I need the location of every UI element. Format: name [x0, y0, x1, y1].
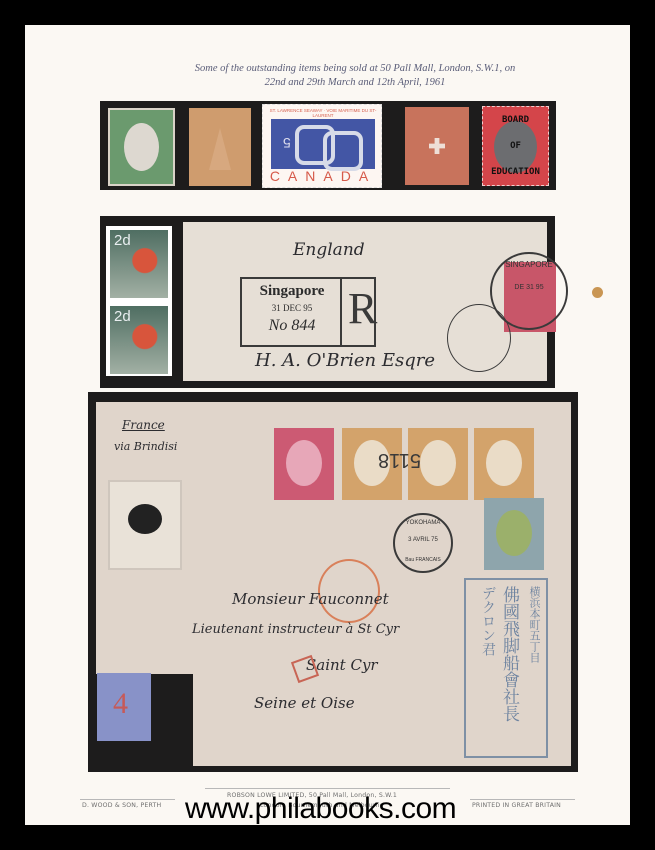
embossed-oval	[124, 123, 159, 171]
stamp-value: 2d	[114, 308, 131, 325]
yokohama-postmark: YOKOHAMA 3 AVRIL 75 Bau FRANCAIS	[393, 513, 453, 573]
page-caption: Some of the outstanding items being sold…	[105, 62, 605, 90]
french-pink-stamp	[274, 428, 334, 500]
flower-stamp: 2d	[110, 306, 168, 374]
registration-date: 31 DEC 95	[244, 303, 340, 313]
perfin-cancel: 5118	[378, 448, 421, 471]
address-line-1: Monsieur Fauconnet	[232, 590, 389, 608]
overprint-line-1: BOARD	[483, 115, 548, 125]
orange-seated-figure-stamp	[189, 108, 251, 186]
destination-england: England	[293, 240, 365, 260]
registration-city: Singapore	[244, 283, 340, 300]
top-stamp-strip: ST. LAWRENCE SEAWAY · VOIE MARITIME DU S…	[100, 101, 556, 190]
addressee-name: H. A. O'Brien Esqre	[255, 350, 435, 371]
maple-leaf-emblem-icon	[323, 131, 363, 171]
singapore-cover-frame: 2d 2d England Singapore 31 DEC 95 No 844…	[100, 216, 555, 388]
registration-number: No 844	[244, 317, 340, 335]
yokohama-date: 3 AVRIL 75	[395, 537, 451, 543]
registration-r-mark: R	[348, 283, 377, 334]
japanese-dragon-stamp	[108, 480, 182, 570]
footer-rule-left	[80, 799, 175, 800]
footer-rule-center	[205, 788, 450, 789]
swiss-cross-stamp	[405, 107, 469, 185]
address-line-2: Lieutenant instructeur à St Cyr	[192, 622, 399, 637]
swiss-cross-icon	[429, 138, 445, 154]
japanese-address-box: 横浜本町五丁目 佛國飛脚船會社長 デクロン君	[464, 578, 548, 758]
canada-seaway-stamp: ST. LAWRENCE SEAWAY · VOIE MARITIME DU S…	[262, 104, 382, 188]
green-embossed-stamp	[108, 108, 175, 186]
printed-in-credit: PRINTED IN GREAT BRITAIN	[472, 802, 561, 809]
caption-line-2: 22nd and 29th March and 12th April, 1961	[105, 76, 605, 90]
stamp-value: 2d	[114, 232, 131, 249]
ceres-portrait	[420, 440, 456, 486]
ceres-portrait	[496, 510, 532, 556]
french-cover-frame: France via Brindisi 5118 YOKOHAMA 3 AVRI…	[88, 392, 578, 772]
yokohama-footer: Bau FRANCAIS	[395, 557, 451, 563]
note-via-brindisi: via Brindisi	[114, 440, 177, 453]
japanese-line-1: 横浜本町五丁目	[526, 586, 542, 663]
flower-stamp-pair: 2d 2d	[106, 226, 172, 376]
french-bistre-stamp	[474, 428, 534, 500]
cancel-blot	[128, 504, 162, 534]
postmark-date: DE 31 95	[492, 284, 566, 291]
footer-rule-right	[470, 799, 575, 800]
address-line-4: Seine et Oise	[254, 694, 355, 712]
board-of-education-stamp: BOARD OF EDUCATION	[482, 106, 549, 186]
yokohama-city: YOKOHAMA	[395, 520, 451, 526]
ceres-portrait	[486, 440, 522, 486]
stamp-numeral: 4	[113, 687, 128, 721]
website-watermark: www.philabooks.com	[185, 793, 456, 825]
french-cover: France via Brindisi 5118 YOKOHAMA 3 AVRI…	[96, 402, 571, 766]
caption-line-1: Some of the outstanding items being sold…	[105, 62, 605, 76]
registration-label: Singapore 31 DEC 95 No 844 R	[240, 277, 376, 347]
overprint-line-3: EDUCATION	[483, 167, 548, 177]
overprint-line-2: OF	[483, 141, 548, 151]
singapore-cover: England Singapore 31 DEC 95 No 844 R SIN…	[183, 222, 547, 381]
japanese-line-3: デクロン君	[478, 586, 498, 656]
flower-stamp: 2d	[110, 230, 168, 298]
registered-postmark	[447, 304, 511, 372]
registration-label-body: Singapore 31 DEC 95 No 844	[242, 279, 342, 345]
japanese-line-2: 佛國飛脚船會社長	[497, 586, 522, 722]
foxing-stain	[592, 287, 603, 298]
seated-figure-icon	[209, 128, 231, 170]
canada-stamp-header: ST. LAWRENCE SEAWAY · VOIE MARITIME DU S…	[269, 108, 377, 118]
canada-stamp-country: CANADA	[263, 168, 383, 184]
canada-stamp-field: 5	[271, 119, 375, 169]
note-france: France	[122, 418, 165, 432]
canada-stamp-value: 5	[283, 135, 291, 151]
postmark-city: SINGAPORE	[492, 260, 566, 269]
numeral-4-stamp: 4	[97, 673, 151, 741]
printer-credit: D. WOOD & SON, PERTH	[82, 802, 161, 809]
ceres-portrait	[286, 440, 322, 486]
french-green-stamp	[484, 498, 544, 570]
